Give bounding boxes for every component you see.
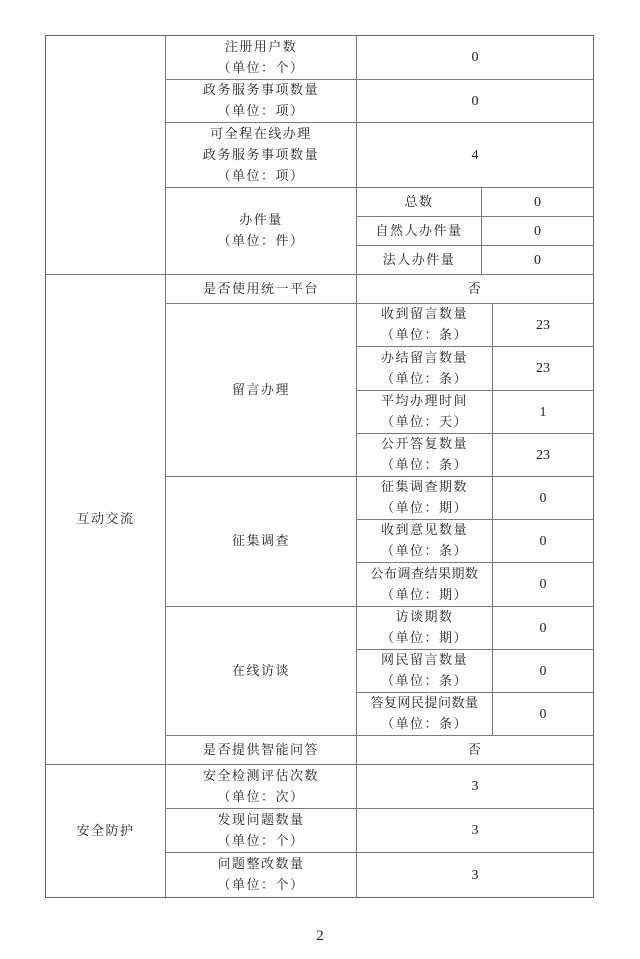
label-line: 网民留言数量 [381, 650, 468, 671]
issues-found-label: 发现问题数量 （单位：个） [166, 809, 356, 852]
interview-periods-value: 0 [493, 607, 593, 649]
label-line: 访谈期数 [395, 607, 453, 628]
netizen-replies-label: 答复网民提问数量 （单位：条） [357, 693, 492, 735]
messages-resolved-label: 办结留言数量 （单位：条） [357, 347, 492, 390]
service-items-value: 0 [357, 80, 593, 122]
handling-legal-person-label: 法人办件量 [357, 246, 481, 274]
opinions-received-label: 收到意见数量 （单位：条） [357, 520, 492, 562]
label-line: 可全程在线办理 [210, 124, 312, 145]
table-border-right [593, 35, 594, 898]
label-line: 政务服务事项数量 [203, 80, 319, 101]
unit-label: （单位：次） [217, 787, 304, 808]
public-replies-label: 公开答复数量 （单位：条） [357, 434, 492, 476]
survey-label: 征集调查 [166, 477, 356, 606]
registered-users-label: 注册用户数 （单位：个） [166, 36, 356, 79]
label-line: 发现问题数量 [217, 810, 304, 831]
label-line: 征集调查期数 [381, 477, 468, 498]
unit-label: （单位：项） [217, 101, 304, 122]
unified-platform-label: 是否使用统一平台 [166, 275, 356, 303]
category-cell-top [46, 36, 165, 274]
survey-periods-value: 0 [493, 477, 593, 519]
online-interview-label: 在线访谈 [166, 607, 356, 735]
unit-label: （单位：项） [217, 166, 304, 187]
document-page: 注册用户数 （单位：个） 0 政务服务事项数量 （单位：项） 0 可全程在线办理… [0, 0, 640, 959]
handling-natural-person-label: 自然人办件量 [357, 217, 481, 245]
netizen-replies-value: 0 [493, 693, 593, 735]
table-border-bottom [45, 897, 594, 898]
label-line: 公开答复数量 [381, 434, 468, 455]
label-line: 注册用户数 [225, 37, 298, 58]
unit-label: （单位：条） [381, 714, 468, 735]
unit-label: （单位：条） [381, 325, 468, 346]
category-interaction: 互动交流 [46, 275, 165, 764]
label-line: 收到留言数量 [381, 304, 468, 325]
label-line: 问题整改数量 [217, 854, 304, 875]
unit-label: （单位：个） [217, 58, 304, 79]
category-security: 安全防护 [46, 765, 165, 897]
security-assessments-label: 安全检测评估次数 （单位：次） [166, 765, 356, 808]
messages-received-value: 23 [493, 304, 593, 346]
interview-periods-label: 访谈期数 （单位：期） [357, 607, 492, 649]
unit-label: （单位：条） [381, 671, 468, 692]
label-line: 办件量 [239, 210, 283, 231]
unit-label: （单位：个） [217, 831, 304, 852]
label-line: 公布调查结果期数 [370, 564, 478, 585]
page-number: 2 [0, 928, 640, 945]
label-line: 办结留言数量 [381, 348, 468, 369]
handling-total-value: 0 [482, 188, 593, 216]
survey-results-published-label: 公布调查结果期数 （单位：期） [357, 563, 492, 606]
label-line: 平均办理时间 [381, 391, 468, 412]
label-line: 收到意见数量 [381, 520, 468, 541]
unit-label: （单位：件） [217, 231, 304, 252]
unit-label: （单位：条） [381, 541, 468, 562]
handling-natural-person-value: 0 [482, 217, 593, 245]
smart-qa-value: 否 [357, 736, 593, 764]
smart-qa-label: 是否提供智能问答 [166, 736, 356, 764]
security-assessments-value: 3 [357, 765, 593, 808]
issues-fixed-label: 问题整改数量 （单位：个） [166, 853, 356, 897]
issues-found-value: 3 [357, 809, 593, 852]
handling-volume-label: 办件量 （单位：件） [166, 188, 356, 274]
survey-results-published-value: 0 [493, 563, 593, 606]
issues-fixed-value: 3 [357, 853, 593, 897]
label-line: 安全检测评估次数 [203, 766, 319, 787]
unit-label: （单位：条） [381, 369, 468, 390]
messages-received-label: 收到留言数量 （单位：条） [357, 304, 492, 346]
unified-platform-value: 否 [357, 275, 593, 303]
netizen-messages-label: 网民留言数量 （单位：条） [357, 650, 492, 692]
opinions-received-value: 0 [493, 520, 593, 562]
survey-periods-label: 征集调查期数 （单位：期） [357, 477, 492, 519]
public-replies-value: 23 [493, 434, 593, 476]
service-items-label: 政务服务事项数量 （单位：项） [166, 80, 356, 122]
avg-handling-time-label: 平均办理时间 （单位：天） [357, 391, 492, 433]
label-line: 答复网民提问数量 [370, 693, 478, 714]
label-line: 政务服务事项数量 [203, 145, 319, 166]
unit-label: （单位：期） [381, 585, 468, 606]
handling-total-label: 总数 [357, 188, 481, 216]
netizen-messages-value: 0 [493, 650, 593, 692]
online-service-items-value: 4 [357, 123, 593, 187]
unit-label: （单位：期） [381, 628, 468, 649]
registered-users-value: 0 [357, 36, 593, 79]
message-handling-label: 留言办理 [166, 304, 356, 476]
unit-label: （单位：期） [381, 498, 468, 519]
handling-legal-person-value: 0 [482, 246, 593, 274]
messages-resolved-value: 23 [493, 347, 593, 390]
unit-label: （单位：条） [381, 455, 468, 476]
unit-label: （单位：个） [217, 875, 304, 896]
avg-handling-time-value: 1 [493, 391, 593, 433]
unit-label: （单位：天） [381, 412, 468, 433]
online-service-items-label: 可全程在线办理 政务服务事项数量 （单位：项） [166, 123, 356, 187]
